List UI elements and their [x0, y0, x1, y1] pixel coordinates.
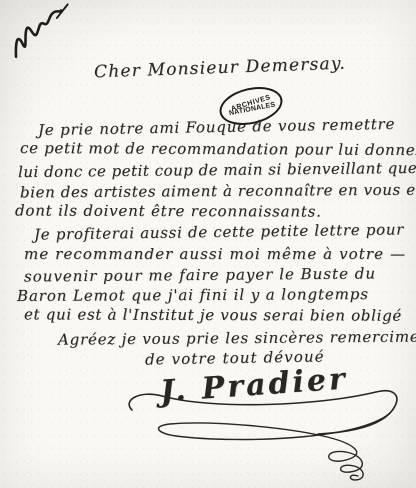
letter-page: Cher Monsieur Demersay. ARCHIVES NATIONA…: [0, 0, 416, 488]
letter-line: dont ils doivent être reconnaissants.: [15, 201, 322, 220]
letter-line: bien des artistes aiment à reconnaître e…: [20, 181, 416, 202]
letter-line: Je profiterai aussi de cette petite lett…: [34, 220, 404, 243]
corner-scribble-annotation: [0, 0, 89, 66]
signature-flourish: [118, 388, 408, 488]
closing-line: Agréez je vous prie les sincères remerci…: [58, 327, 416, 348]
letter-line: souvenir pour me faire payer le Buste du: [24, 264, 376, 285]
letter-line: lui donc ce petit coup de main si bienve…: [18, 159, 416, 181]
salutation-line: Cher Monsieur Demersay.: [94, 54, 347, 83]
letter-line: me recommander aussi moi même à votre —: [24, 245, 406, 263]
letter-line: Je prie notre ami Fouque de vous remettr…: [38, 115, 396, 139]
letter-line: et qui est à l'Institut je vous serai bi…: [24, 305, 402, 324]
letter-line: ce petit mot de recommandation pour lui …: [20, 139, 416, 159]
letter-line: Baron Lemot que j'ai fini il y a longtem…: [17, 285, 369, 305]
